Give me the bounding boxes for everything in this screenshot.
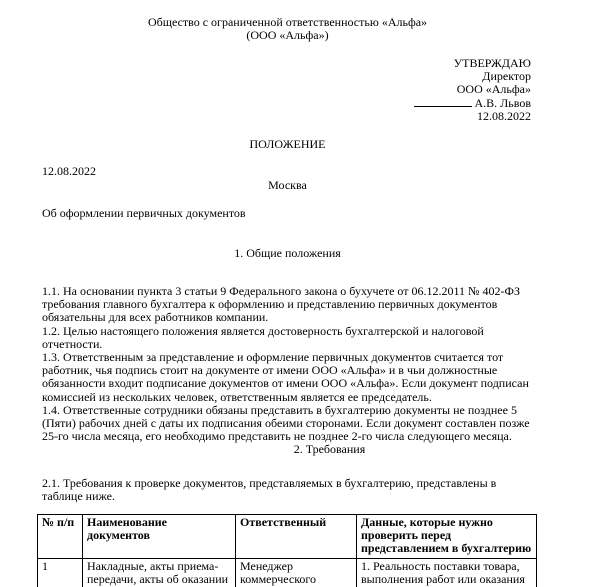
header-document-name: Наименование документов [83, 515, 236, 559]
organization-header: Общество с ограниченной ответственностью… [0, 16, 575, 42]
requirements-table: № п/п Наименование документов Ответствен… [37, 514, 537, 587]
document-subject: Об оформлении первичных документов [42, 207, 246, 220]
document-title: ПОЛОЖЕНИЕ [0, 138, 575, 151]
approval-signature-row: А.В. Львов [414, 96, 531, 110]
paragraph-line: обязательны для всех работников компании… [42, 311, 542, 324]
paragraph-line: 25-го числа месяца, его необходимо предс… [42, 430, 542, 443]
section-general-body: 1.1. На основании пункта 3 статьи 9 Феде… [42, 285, 542, 457]
paragraph-line: комиссией из нескольких человек, ответст… [42, 391, 542, 404]
approval-signatory: А.В. Львов [474, 96, 531, 110]
table-row: 1 Накладные, акты приема-передачи, акты … [38, 558, 537, 587]
document-page: Общество с ограниченной ответственностью… [0, 0, 590, 587]
header-responsible: Ответственный [236, 515, 357, 559]
document-date: 12.08.2022 [42, 165, 96, 178]
paragraph-line: обязанности входит подписание документов… [42, 377, 542, 390]
cell-number: 1 [38, 558, 83, 587]
paragraph-line: 1.2. Целью настоящего положения является… [42, 325, 542, 338]
approval-date: 12.08.2022 [414, 110, 531, 123]
header-number: № п/п [38, 515, 83, 559]
document-city: Москва [0, 179, 575, 192]
table-header-row: № п/п Наименование документов Ответствен… [38, 515, 537, 559]
cell-document-name: Накладные, акты приема-передачи, акты об… [83, 558, 236, 587]
section-heading-general: 1. Общие положения [0, 247, 575, 260]
approval-block: УТВЕРЖДАЮ Директор ООО «Альфа» А.В. Льво… [414, 57, 531, 123]
paragraph-line: таблице ниже. [42, 490, 496, 503]
approval-company: ООО «Альфа» [414, 83, 531, 96]
header-data-to-check: Данные, которые нужно проверить перед пр… [357, 515, 537, 559]
signature-line [414, 96, 472, 107]
section-requirements-body: 2.1. Требования к проверке документов, п… [42, 477, 496, 503]
cell-data-to-check: 1. Реальность поставки товара, выполнени… [357, 558, 537, 587]
cell-responsible: Менеджер коммерческого [236, 558, 357, 587]
org-short-name: (ООО «Альфа») [0, 29, 575, 42]
section-heading-requirements: 2. Требования [42, 443, 590, 456]
